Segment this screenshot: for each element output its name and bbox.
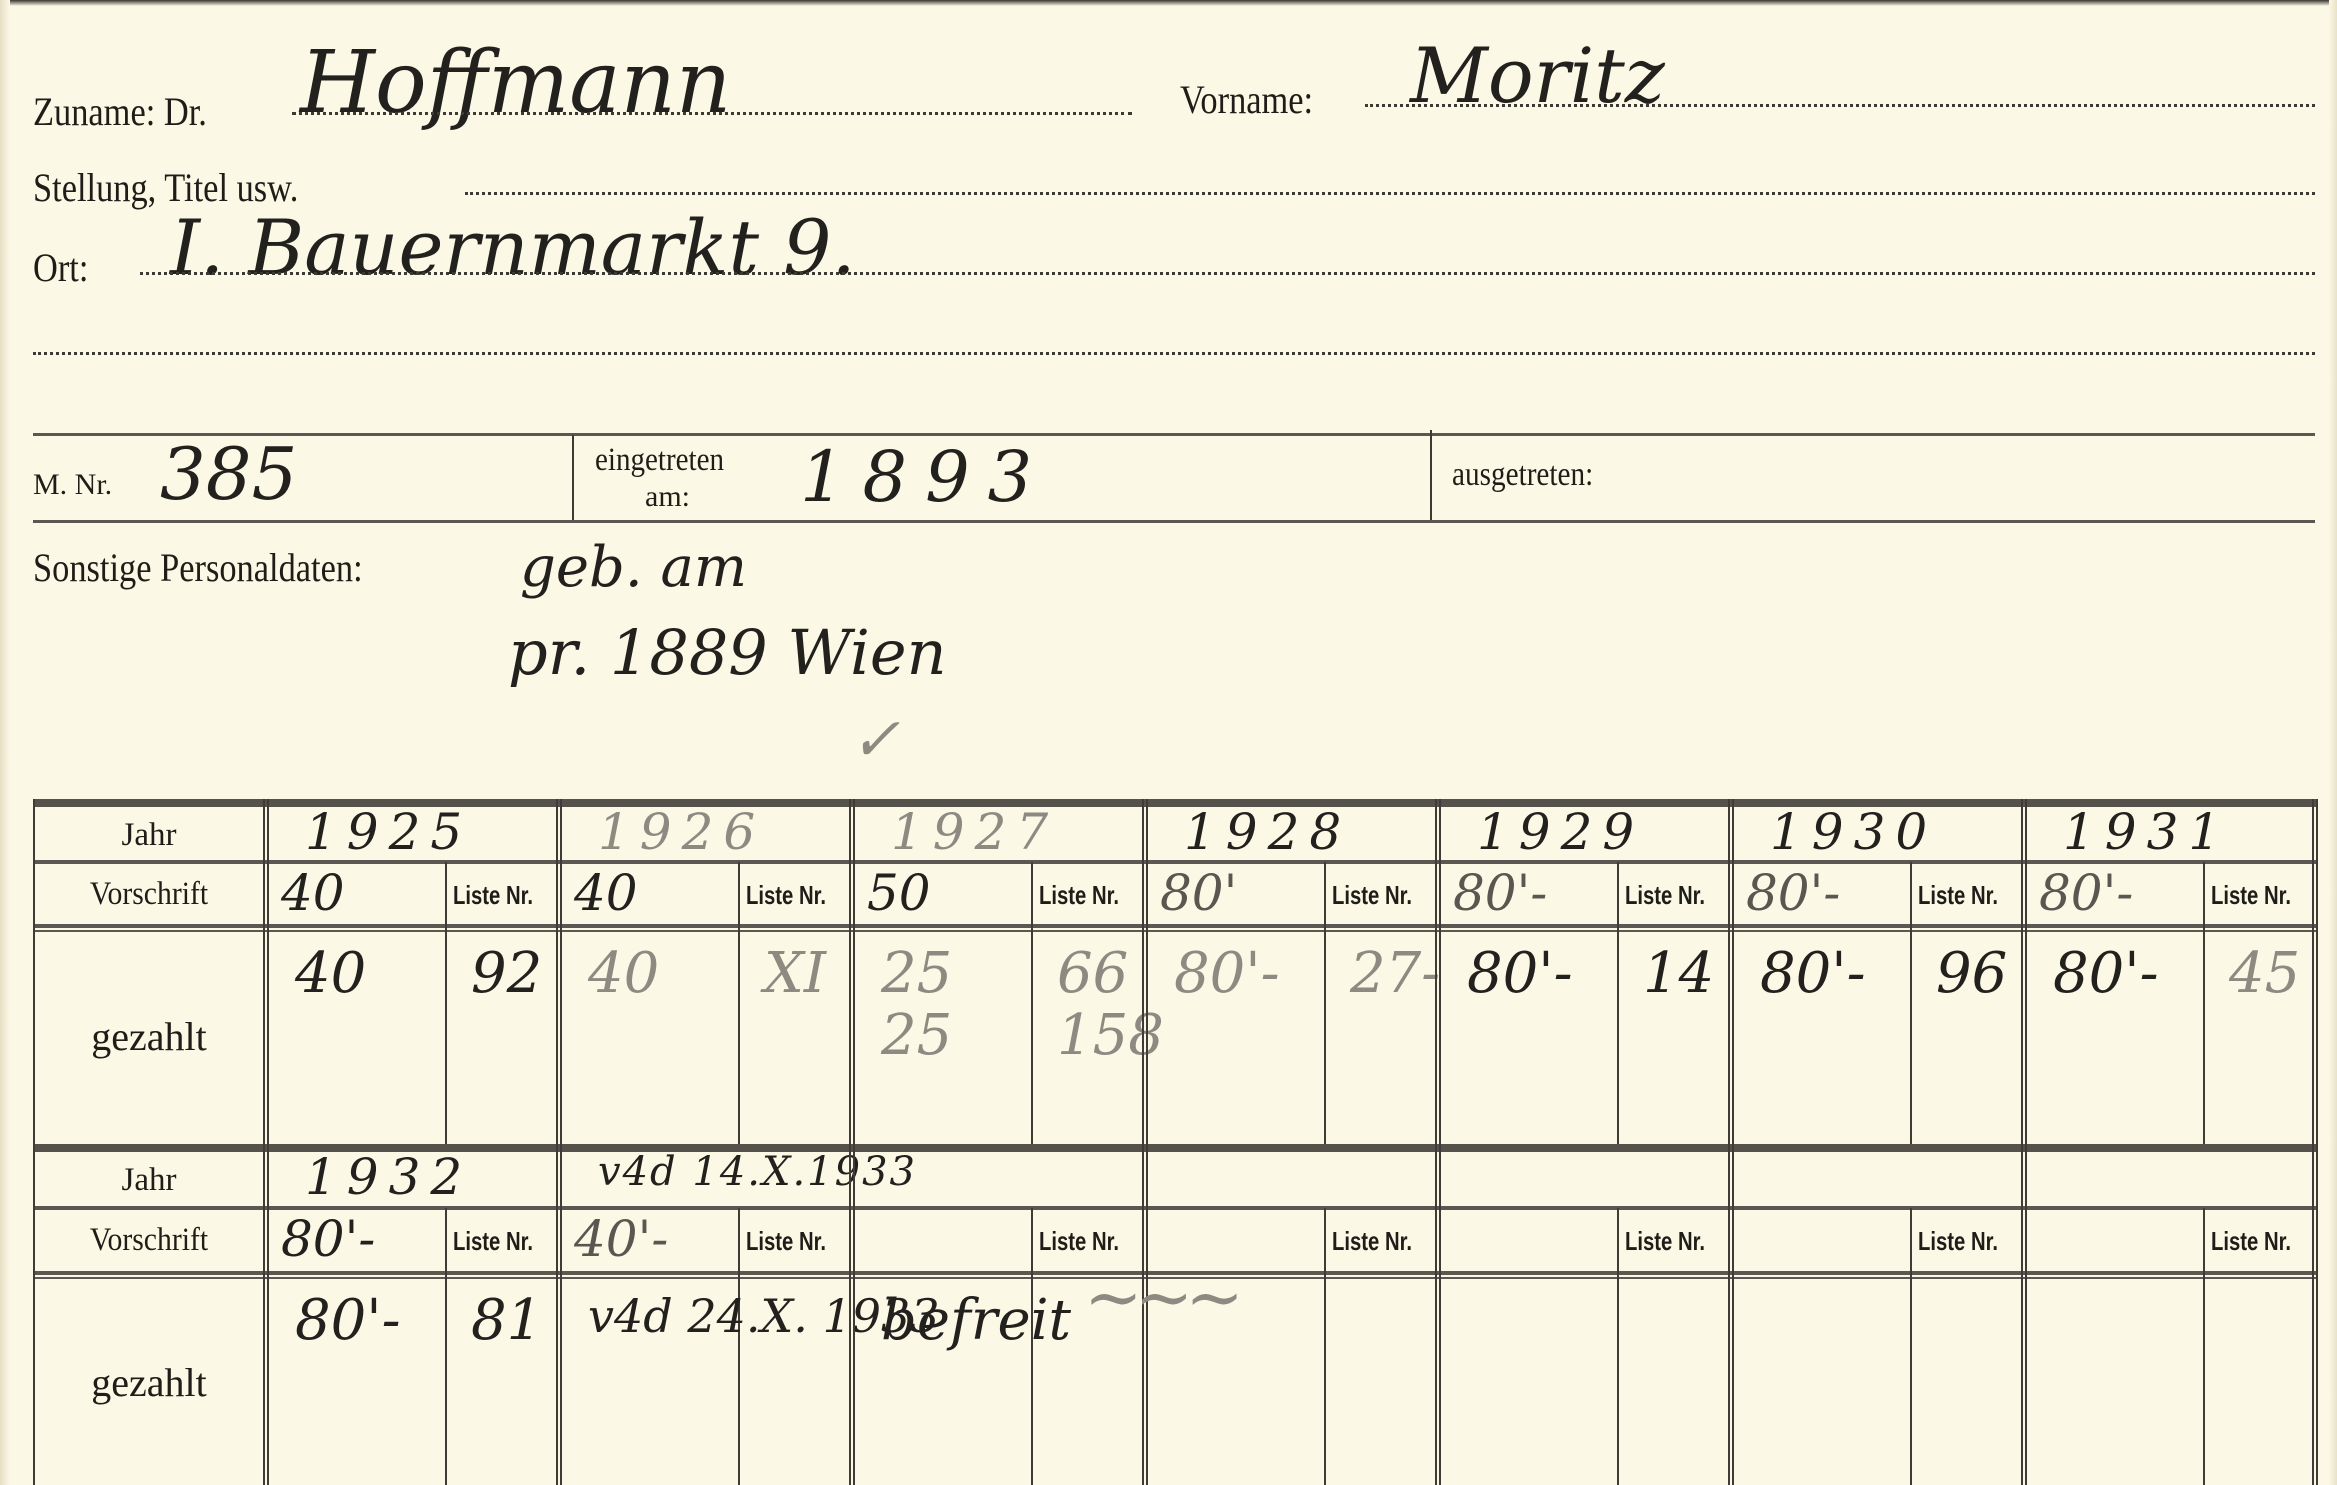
- liste-column-divider: [1910, 1208, 1912, 1485]
- liste-nr-label: Liste Nr.: [2211, 882, 2291, 908]
- membership-fee-table: JahrVorschriftgezahltListe Nr.1925404092…: [33, 0, 2320, 1485]
- row-label-jahr: Jahr: [33, 1164, 265, 1197]
- cell-gezahlt: 25: [881, 1008, 952, 1064]
- liste-column-divider: [2203, 1208, 2205, 1485]
- cell-gezahlt: 80'-: [1467, 946, 1573, 1002]
- cell-liste-nr: XI: [764, 946, 826, 1002]
- liste-nr-label: Liste Nr.: [1918, 882, 1998, 908]
- year-column-divider: [1142, 799, 1148, 1145]
- year-column-divider: [1728, 1144, 1734, 1485]
- row-label-gezahlt: gezahlt: [33, 1363, 265, 1403]
- card-right-edge: [2329, 0, 2337, 1485]
- year-column-divider: [2021, 1144, 2027, 1485]
- cell-vorschrift: 80'-: [281, 1214, 375, 1264]
- cell-vorschrift: 40: [281, 868, 345, 918]
- cell-liste-nr: 14: [1643, 946, 1714, 1002]
- cell-vorschrift: 80': [1160, 868, 1237, 918]
- cell-jahr: 1927: [891, 807, 1058, 857]
- year-column-divider: [1728, 799, 1734, 1145]
- liste-nr-label: Liste Nr.: [1332, 1228, 1412, 1254]
- liste-column-divider: [1324, 1208, 1326, 1485]
- year-column-divider: [2021, 799, 2027, 1145]
- liste-column-divider: [2203, 862, 2205, 1145]
- liste-column-divider: [1617, 862, 1619, 1145]
- liste-nr-label: Liste Nr.: [1039, 882, 1119, 908]
- cell-jahr: 1928: [1184, 807, 1351, 857]
- cell-gezahlt: 25: [881, 946, 952, 1002]
- year-column-divider: [556, 799, 562, 1145]
- liste-nr-label: Liste Nr.: [746, 882, 826, 908]
- cell-jahr: 1929: [1477, 807, 1644, 857]
- year-column-divider: [556, 1144, 562, 1485]
- liste-column-divider: [1617, 1208, 1619, 1485]
- cell-jahr: 1926: [598, 807, 765, 857]
- liste-nr-label: Liste Nr.: [453, 882, 533, 908]
- liste-nr-label: Liste Nr.: [1332, 882, 1412, 908]
- table-rule-vorschrift-1: [33, 924, 2316, 928]
- liste-nr-label: Liste Nr.: [2211, 1228, 2291, 1254]
- row-label-gezahlt: gezahlt: [33, 1017, 265, 1057]
- cell-vorschrift: 40'-: [574, 1214, 668, 1264]
- cell-vorschrift: 80'-: [1453, 868, 1547, 918]
- row-label-vorschrift: Vorschrift: [45, 878, 254, 911]
- liste-column-divider: [1910, 862, 1912, 1145]
- cell-jahr: 1930: [1770, 807, 1937, 857]
- cell-liste-nr: 27-: [1350, 946, 1440, 1002]
- cell-vorschrift: 80'-: [2039, 868, 2133, 918]
- liste-column-divider: [445, 862, 447, 1145]
- liste-column-divider: [445, 1208, 447, 1485]
- table-rule-jahr: [33, 1206, 2316, 1210]
- liste-nr-label: Liste Nr.: [746, 1228, 826, 1254]
- liste-column-divider: [1324, 862, 1326, 1145]
- table-right-border: [2312, 1144, 2318, 1485]
- year-column-divider: [263, 1144, 269, 1485]
- cell-jahr: v4d 14.X.1933: [598, 1152, 917, 1192]
- cell-gezahlt: 80'-: [2053, 946, 2159, 1002]
- table-rule-vorschrift-2: [33, 930, 2316, 932]
- row-label-vorschrift: Vorschrift: [45, 1224, 254, 1257]
- liste-nr-label: Liste Nr.: [1625, 1228, 1705, 1254]
- cell-jahr: 1932: [305, 1152, 472, 1202]
- cell-gezahlt: 40: [588, 946, 659, 1002]
- cell-liste-nr: 45: [2229, 946, 2300, 1002]
- year-column-divider: [1435, 799, 1441, 1145]
- liste-nr-label: Liste Nr.: [1039, 1228, 1119, 1254]
- table-right-border: [2312, 799, 2318, 1145]
- liste-nr-label: Liste Nr.: [1625, 882, 1705, 908]
- liste-nr-label: Liste Nr.: [1918, 1228, 1998, 1254]
- liste-column-divider: [738, 862, 740, 1145]
- year-column-divider: [849, 799, 855, 1145]
- cell-vorschrift: 80'-: [1746, 868, 1840, 918]
- wave-mark: ~~~: [1084, 1262, 1236, 1332]
- liste-column-divider: [1031, 862, 1033, 1145]
- cell-vorschrift: 40: [574, 868, 638, 918]
- cell-liste-nr: 92: [471, 946, 542, 1002]
- cell-gezahlt: 80'-: [1760, 946, 1866, 1002]
- cell-gezahlt: 40: [295, 946, 366, 1002]
- card-left-edge: [0, 0, 10, 1485]
- liste-column-divider: [738, 1208, 740, 1485]
- cell-liste-nr: 66: [1057, 946, 1128, 1002]
- cell-jahr: 1925: [305, 807, 472, 857]
- cell-jahr: 1931: [2063, 807, 2230, 857]
- year-column-divider: [1435, 1144, 1441, 1485]
- row-label-jahr: Jahr: [33, 819, 265, 852]
- cell-gezahlt: 80'-: [295, 1293, 401, 1349]
- cell-liste-nr: 96: [1936, 946, 2007, 1002]
- cell-vorschrift: 50: [867, 868, 931, 918]
- year-column-divider: [849, 1144, 855, 1485]
- cell-gezahlt: befreit: [881, 1293, 1071, 1349]
- cell-gezahlt: 80'-: [1174, 946, 1280, 1002]
- liste-nr-label: Liste Nr.: [453, 1228, 533, 1254]
- year-column-divider: [263, 799, 269, 1145]
- cell-liste-nr: 81: [471, 1293, 542, 1349]
